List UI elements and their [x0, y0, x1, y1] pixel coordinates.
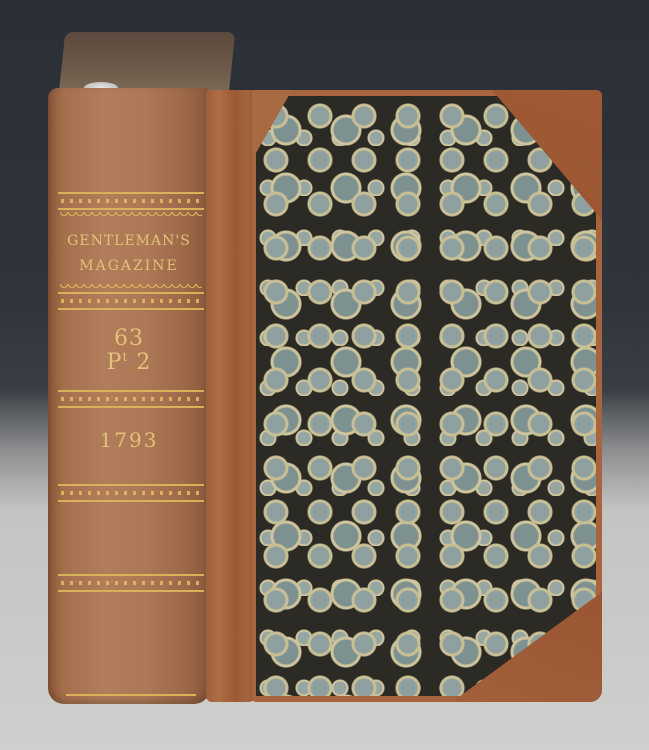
gilt-band-5	[58, 574, 204, 592]
gilt-band-4	[58, 484, 204, 502]
leather-hinge-strip	[206, 90, 258, 702]
gilt-bottom-rule	[66, 694, 196, 696]
front-board	[252, 90, 602, 702]
spine-year: 1793	[48, 428, 210, 452]
spine-volume-number: 63	[48, 326, 210, 351]
gilt-band-3	[58, 390, 204, 408]
gilt-band-1	[58, 192, 204, 210]
gilt-wavy-rule-1	[60, 212, 202, 218]
gilt-wavy-rule-2	[60, 284, 202, 290]
gilt-band-2	[58, 292, 204, 310]
part-number: 2	[136, 350, 151, 375]
part-superscript: t	[122, 350, 128, 364]
marbled-paper	[256, 96, 596, 696]
part-prefix: P	[107, 350, 123, 375]
spine-title-line-1: GENTLEMAN'S	[48, 233, 210, 249]
book-spine: GENTLEMAN'S MAGAZINE 63 Pt 2 1793	[48, 88, 210, 704]
spine-part-label: Pt 2	[48, 350, 210, 375]
spine-title-line-2: MAGAZINE	[48, 258, 210, 274]
